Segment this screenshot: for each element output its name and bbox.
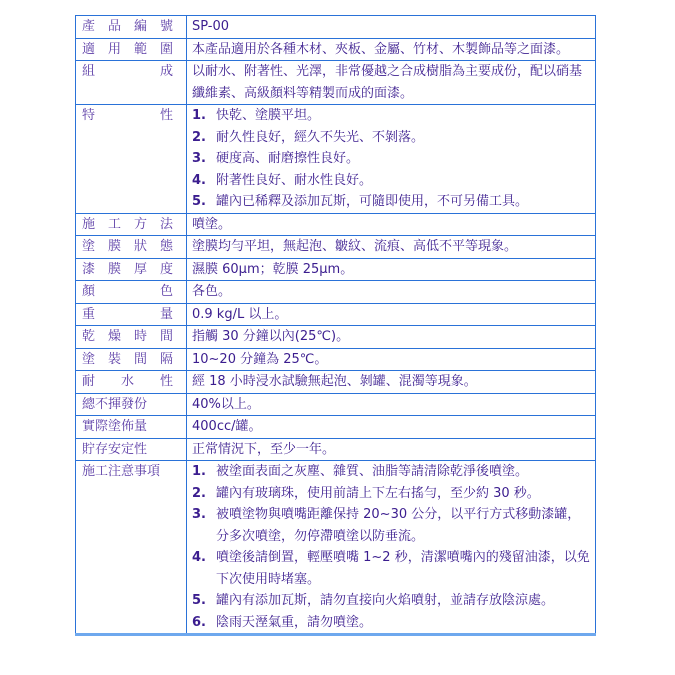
spec-row-film-thickness: 漆 膜 厚 度 濕膜 60μm；乾膜 25μm。 xyxy=(76,258,596,281)
list-item: 1.被塗面表面之灰塵、雜質、油脂等請清除乾淨後噴塗。 xyxy=(192,461,590,483)
spec-row-storage-stability: 貯存安定性 正常情況下，至少一年。 xyxy=(76,438,596,461)
list-item: 3.硬度高、耐磨擦性良好。 xyxy=(192,148,590,170)
value-film-condition: 塗膜均勻平坦，無起泡、皺紋、流痕、高低不平等現象。 xyxy=(187,236,596,259)
value-product-code: SP-00 xyxy=(187,16,596,39)
value-weight: 0.9 kg/L 以上。 xyxy=(187,303,596,326)
list-item: 3.被噴塗物與噴嘴距離保持 20~30 公分，以平行方式移動漆罐，分多次噴塗，勿… xyxy=(192,504,590,547)
spec-row-application-method: 施 工 方 法 噴塗。 xyxy=(76,213,596,236)
value-composition: 以耐水、附著性、光澤，非常優越之合成樹脂為主要成份，配以硝基纖維素、高級顏料等精… xyxy=(187,61,596,105)
precautions-list: 1.被塗面表面之灰塵、雜質、油脂等請清除乾淨後噴塗。 2.罐內有玻璃珠，使用前請… xyxy=(192,461,590,633)
list-item: 5.罐內已稀釋及添加瓦斯，可隨即使用，不可另備工具。 xyxy=(192,191,590,213)
label-composition: 組 成 xyxy=(76,61,187,105)
label-color: 顏 色 xyxy=(76,281,187,304)
value-film-thickness: 濕膜 60μm；乾膜 25μm。 xyxy=(187,258,596,281)
spec-row-color: 顏 色 各色。 xyxy=(76,281,596,304)
list-item: 6.陰雨天溼氣重，請勿噴塗。 xyxy=(192,612,590,634)
list-item: 2.耐久性良好，經久不失光、不剝落。 xyxy=(192,127,590,149)
label-application-method: 施 工 方 法 xyxy=(76,213,187,236)
label-product-code: 產 品 編 號 xyxy=(76,16,187,39)
value-coverage: 400cc/罐。 xyxy=(187,416,596,439)
label-water-resistance: 耐 水 性 xyxy=(76,371,187,394)
label-recoat-interval: 塗 裝 間 隔 xyxy=(76,348,187,371)
spec-row-coverage: 實際塗佈量 400cc/罐。 xyxy=(76,416,596,439)
spec-row-water-resistance: 耐 水 性 經 18 小時浸水試驗無起泡、剝罐、混濁等現象。 xyxy=(76,371,596,394)
label-application-scope: 適 用 範 圍 xyxy=(76,38,187,61)
spec-row-product-code: 產 品 編 號 SP-00 xyxy=(76,16,596,39)
value-drying-time: 指觸 30 分鐘以內(25℃)。 xyxy=(187,326,596,349)
label-weight: 重 量 xyxy=(76,303,187,326)
spec-row-features: 特 性 1.快乾、塗膜平坦。 2.耐久性良好，經久不失光、不剝落。 3.硬度高、… xyxy=(76,105,596,214)
label-precautions: 施工注意事項 xyxy=(76,461,187,635)
value-application-method: 噴塗。 xyxy=(187,213,596,236)
value-nonvolatile: 40%以上。 xyxy=(187,393,596,416)
label-storage-stability: 貯存安定性 xyxy=(76,438,187,461)
spec-row-application-scope: 適 用 範 圍 本產品適用於各種木材、夾板、金屬、竹材、木製飾品等之面漆。 xyxy=(76,38,596,61)
value-recoat-interval: 10~20 分鐘為 25℃。 xyxy=(187,348,596,371)
product-spec-table: 產 品 編 號 SP-00 適 用 範 圍 本產品適用於各種木材、夾板、金屬、竹… xyxy=(75,15,596,636)
label-features: 特 性 xyxy=(76,105,187,214)
spec-row-film-condition: 塗 膜 狀 態 塗膜均勻平坦，無起泡、皺紋、流痕、高低不平等現象。 xyxy=(76,236,596,259)
spec-row-recoat-interval: 塗 裝 間 隔 10~20 分鐘為 25℃。 xyxy=(76,348,596,371)
label-nonvolatile: 總不揮發份 xyxy=(76,393,187,416)
list-item: 4.附著性良好、耐水性良好。 xyxy=(192,170,590,192)
list-item: 5.罐內有添加瓦斯，請勿直接向火焰噴射，並請存放陰涼處。 xyxy=(192,590,590,612)
list-item: 4.噴塗後請倒置，輕壓噴嘴 1~2 秒，清潔噴嘴內的殘留油漆，以免下次使用時堵塞… xyxy=(192,547,590,590)
value-features: 1.快乾、塗膜平坦。 2.耐久性良好，經久不失光、不剝落。 3.硬度高、耐磨擦性… xyxy=(187,105,596,214)
label-film-condition: 塗 膜 狀 態 xyxy=(76,236,187,259)
label-coverage: 實際塗佈量 xyxy=(76,416,187,439)
value-color: 各色。 xyxy=(187,281,596,304)
value-application-scope: 本產品適用於各種木材、夾板、金屬、竹材、木製飾品等之面漆。 xyxy=(187,38,596,61)
features-list: 1.快乾、塗膜平坦。 2.耐久性良好，經久不失光、不剝落。 3.硬度高、耐磨擦性… xyxy=(192,105,590,213)
spec-row-nonvolatile: 總不揮發份 40%以上。 xyxy=(76,393,596,416)
label-film-thickness: 漆 膜 厚 度 xyxy=(76,258,187,281)
spec-row-weight: 重 量 0.9 kg/L 以上。 xyxy=(76,303,596,326)
value-storage-stability: 正常情況下，至少一年。 xyxy=(187,438,596,461)
list-item: 1.快乾、塗膜平坦。 xyxy=(192,105,590,127)
spec-row-precautions: 施工注意事項 1.被塗面表面之灰塵、雜質、油脂等請清除乾淨後噴塗。 2.罐內有玻… xyxy=(76,461,596,635)
label-drying-time: 乾 燥 時 間 xyxy=(76,326,187,349)
value-water-resistance: 經 18 小時浸水試驗無起泡、剝罐、混濁等現象。 xyxy=(187,371,596,394)
spec-row-composition: 組 成 以耐水、附著性、光澤，非常優越之合成樹脂為主要成份，配以硝基纖維素、高級… xyxy=(76,61,596,105)
value-precautions: 1.被塗面表面之灰塵、雜質、油脂等請清除乾淨後噴塗。 2.罐內有玻璃珠，使用前請… xyxy=(187,461,596,635)
spec-row-drying-time: 乾 燥 時 間 指觸 30 分鐘以內(25℃)。 xyxy=(76,326,596,349)
list-item: 2.罐內有玻璃珠，使用前請上下左右搖勻，至少約 30 秒。 xyxy=(192,483,590,505)
